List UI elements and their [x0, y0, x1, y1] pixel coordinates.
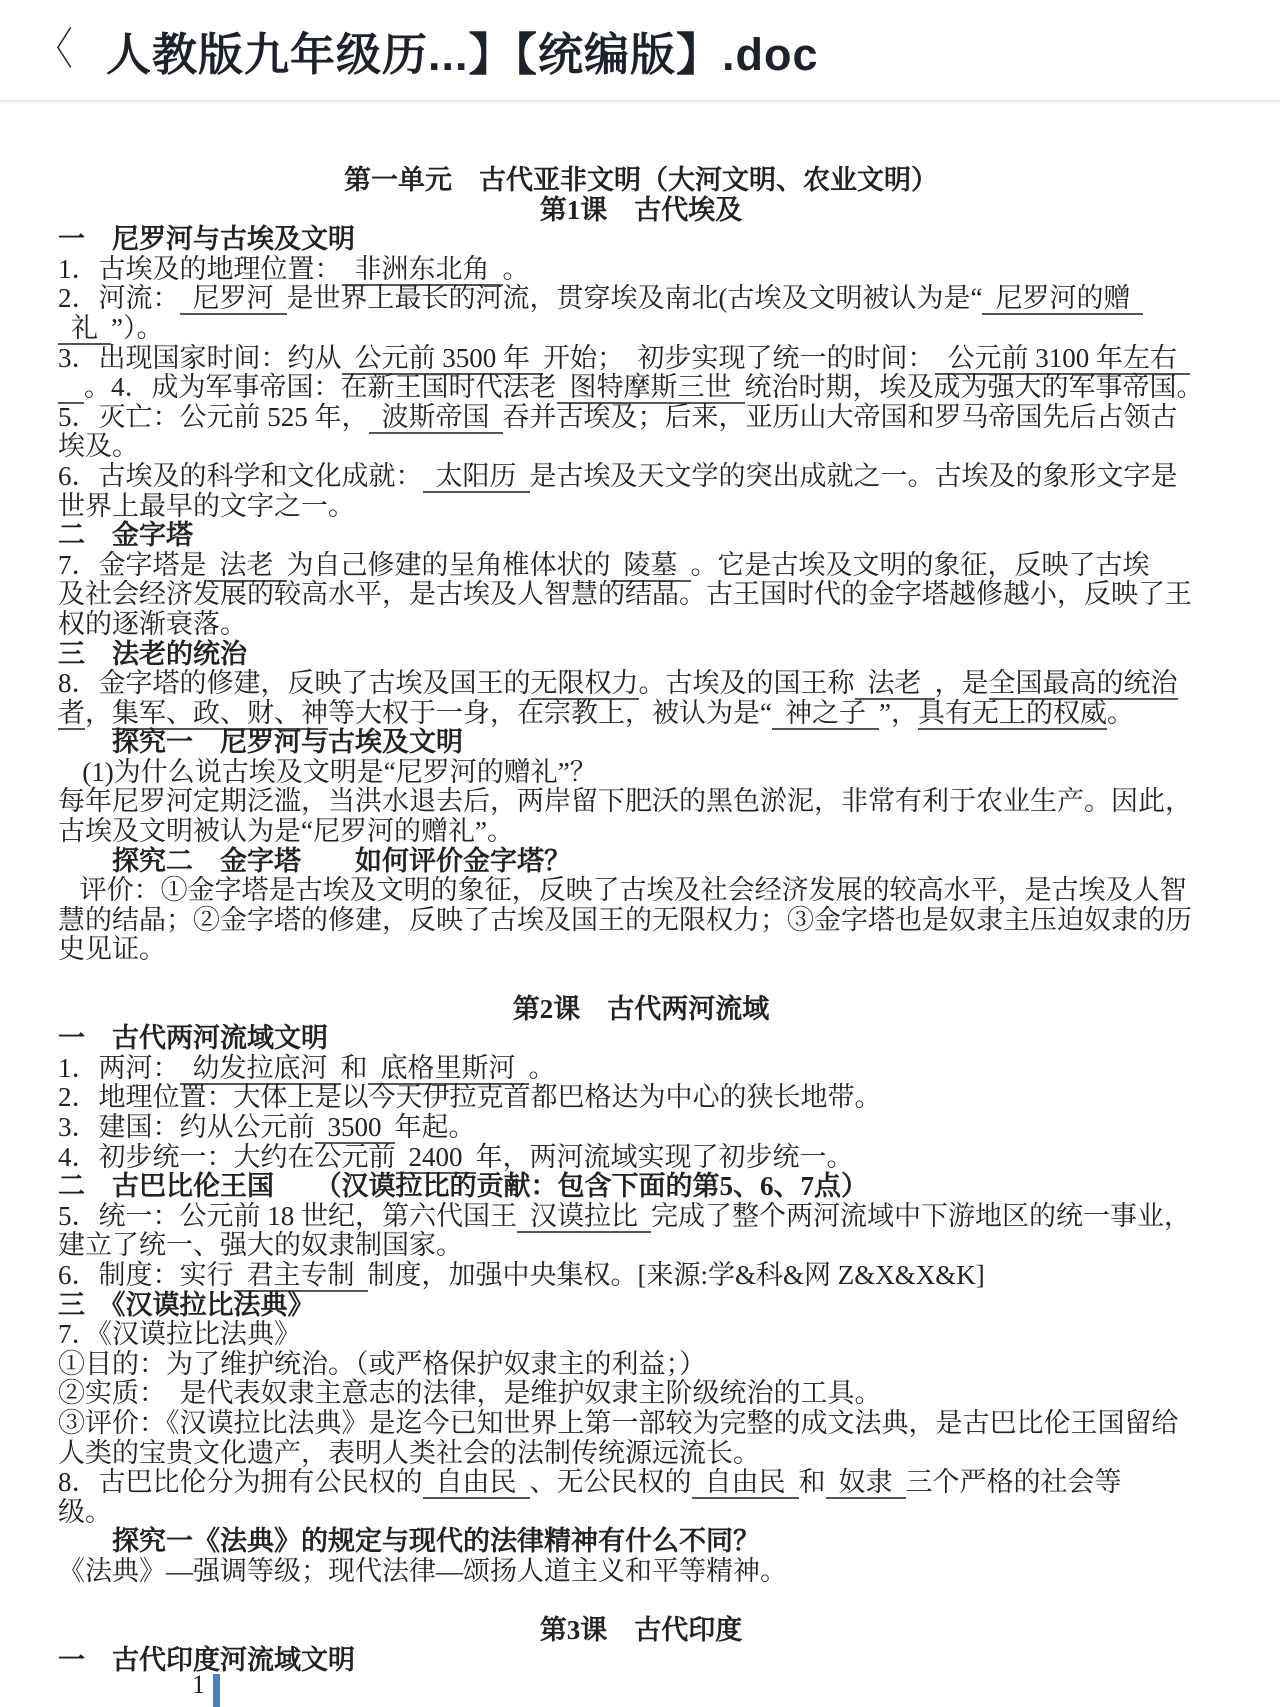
- doc-text: 级。: [58, 1497, 112, 1527]
- doc-text: 4．初步统一：大约在公元前: [58, 1142, 396, 1172]
- doc-text: 。: [529, 1053, 556, 1083]
- doc-text: 6．制度：实行: [58, 1260, 234, 1290]
- doc-text: 人类的宝贵文化遗产，表明人类社会的法制传统源远流长。: [58, 1438, 760, 1468]
- document-body: 第一单元 古代亚非文明（大河文明、农业文明）第1课 古代埃及一 尼罗河与古埃及文…: [0, 102, 1280, 1675]
- doc-text: ”）。: [111, 313, 163, 343]
- doc-line: 者，集军、政、财、神等大权于一身，在宗教上，被认为是“神之子”，具有无上的权威。: [58, 699, 1224, 729]
- doc-text: 。: [503, 254, 530, 284]
- doc-line: 一 尼罗河与古埃及文明: [58, 225, 1224, 255]
- doc-text: 2．地理位置：大体上是以今天伊拉克首都巴格达为中心的狭长地带。: [58, 1082, 882, 1112]
- doc-line: 及社会经济发展的较高水平，是古埃及人智慧的结晶。古王国时代的金字塔越修越小，反映…: [58, 580, 1224, 610]
- doc-text: 第2课 古代两河流域: [513, 994, 770, 1024]
- doc-text: 第3课 古代印度: [540, 1615, 743, 1645]
- fill-in-blank: 法老: [207, 550, 287, 582]
- doc-line: 建立了统一、强大的奴隶制国家。: [58, 1231, 1224, 1261]
- doc-line: 二 古巴比伦王国 （汉谟拉比的贡献：包含下面的第5、6、7点）: [58, 1172, 1224, 1202]
- doc-text: 探究一 尼罗河与古埃及文明: [112, 727, 463, 757]
- doc-text: 统治时期，埃及成为强大的军事帝国。: [745, 372, 1204, 402]
- doc-text: 等大权于一身，在宗教上，被认为是“: [328, 698, 772, 728]
- doc-text: 6．古埃及的科学和文化成就：: [58, 461, 423, 491]
- doc-line: 6．古埃及的科学和文化成就：太阳历是古埃及天文学的突出成就之一。古埃及的象形文字…: [58, 462, 1224, 492]
- blank-line: [58, 965, 1224, 995]
- doc-text: 5．统一：公元前 18 世纪，第六代国王: [58, 1201, 517, 1231]
- doc-text: 三 法老的统治: [58, 639, 247, 669]
- doc-text: 世界上最早的文字之一。: [58, 491, 355, 521]
- doc-line: 3．出现国家时间：约从公元前 3500 年开始； 初步实现了统一的时间：公元前 …: [58, 344, 1224, 374]
- doc-line: 。4．成为军事帝国：在新王国时代法老图特摩斯三世统治时期，埃及成为强大的军事帝国…: [58, 373, 1224, 403]
- fill-in-blank: 法老: [855, 668, 935, 700]
- doc-line: 1．古埃及的地理位置：非洲东北角。: [58, 255, 1224, 285]
- doc-text: 二 古巴比伦王国 （汉谟拉比的贡献：包含下面的第5、6、7点）: [58, 1171, 868, 1201]
- doc-line: 5．统一：公元前 18 世纪，第六代国王汉谟拉比完成了整个两河流域中下游地区的统…: [58, 1202, 1224, 1232]
- doc-line: 世界上最早的文字之一。: [58, 492, 1224, 522]
- doc-line: 探究一 尼罗河与古埃及文明: [58, 728, 1224, 758]
- page-number: 1: [192, 1670, 205, 1700]
- doc-line: 三 法老的统治: [58, 640, 1224, 670]
- fill-in-blank: 尼罗河的赠: [982, 283, 1143, 315]
- doc-line: 礼”）。: [58, 314, 1224, 344]
- doc-text: ”，: [879, 698, 918, 728]
- doc-heading: 第1课 古代埃及: [58, 196, 1224, 226]
- doc-line: ③评价：《汉谟拉比法典》是迄今已知世界上第一部较为完整的成文法典，是古巴比伦王国…: [58, 1409, 1224, 1439]
- doc-text: 为自己修建的呈角椎体状的: [287, 550, 611, 580]
- fill-in-blank: 非洲东北角: [342, 254, 503, 286]
- doc-text: 和: [799, 1467, 826, 1497]
- doc-text: 权的逐渐衰落。: [58, 609, 247, 639]
- doc-text: 评价：①金字塔是古埃及文明的象征，反映了古埃及社会经济发展的较高水平，是古埃及人…: [80, 875, 1187, 905]
- doc-line: 埃及。: [58, 432, 1224, 462]
- doc-text: 是世界上最长的河流，贯穿埃及南北(古埃及文明被认为是“: [287, 283, 983, 313]
- doc-line: 8．古巴比伦分为拥有公民权的自由民、无公民权的自由民和奴隶三个严格的社会等: [58, 1468, 1224, 1498]
- doc-line: 7．《汉谟拉比法典》: [58, 1320, 1224, 1350]
- fill-in-blank: 底格里斯河: [368, 1053, 529, 1085]
- back-chevron-icon[interactable]: 〈: [40, 28, 73, 72]
- doc-text: 年，两河流域实现了初步统一。: [476, 1142, 854, 1172]
- doc-text: 和: [341, 1053, 368, 1083]
- doc-line: 2．河流：尼罗河是世界上最长的河流，贯穿埃及南北(古埃及文明被认为是“尼罗河的赠: [58, 284, 1224, 314]
- doc-text: 。古埃及的国王称: [639, 668, 855, 698]
- fill-in-blank: 汉谟拉比: [517, 1201, 651, 1233]
- doc-text: 2．河流：: [58, 283, 180, 313]
- doc-text: 1．两河：: [58, 1053, 180, 1083]
- doc-text: 1．古埃及的地理位置：: [58, 254, 342, 284]
- doc-line: (1)为什么说古埃及文明是“尼罗河的赠礼”？: [58, 758, 1224, 788]
- fill-in-blank: 礼: [58, 313, 111, 345]
- fill-in-blank: 3500: [315, 1112, 395, 1144]
- doc-text: 三 《汉谟拉比法典》: [58, 1290, 315, 1320]
- text-cursor: [213, 1674, 220, 1707]
- doc-line: 3．建国：约从公元前3500年起。: [58, 1113, 1224, 1143]
- doc-text: 者: [58, 698, 85, 730]
- fill-in-blank: 陵墓: [611, 550, 691, 582]
- doc-heading: 第3课 古代印度: [58, 1616, 1224, 1646]
- doc-text: ①目的：为了维护统治。（或严格保护奴隶主的利益；）: [58, 1349, 706, 1379]
- doc-text: 二 金字塔: [58, 520, 193, 550]
- doc-text: 《法典》—强调等级；现代法律—颂扬人道主义和平等精神。: [58, 1556, 787, 1586]
- doc-text: 埃及。: [58, 431, 139, 461]
- blank-line: [58, 1587, 1224, 1617]
- doc-text: 制度，加强中央集权。[来源:学&科&网 Z&X&X&K]: [368, 1260, 985, 1290]
- doc-text: 。: [1107, 698, 1134, 728]
- fill-in-blank: 2400: [396, 1142, 476, 1174]
- doc-text: 7．《汉谟拉比法典》: [58, 1319, 301, 1349]
- doc-heading: 第一单元 古代亚非文明（大河文明、农业文明）: [58, 166, 1224, 196]
- doc-line: 4．初步统一：大约在公元前2400年，两河流域实现了初步统一。: [58, 1143, 1224, 1173]
- doc-text: 全国最高的统治: [989, 668, 1178, 700]
- doc-line: 二 金字塔: [58, 521, 1224, 551]
- doc-text: 无限权力: [531, 668, 639, 700]
- doc-text: ，: [85, 698, 112, 728]
- doc-text: 开始； 初步实现了统一的时间：: [543, 343, 935, 373]
- doc-text: (1)为什么说古埃及文明是“尼罗河的赠礼”？: [82, 757, 596, 787]
- doc-line: 人类的宝贵文化遗产，表明人类社会的法制传统源远流长。: [58, 1439, 1224, 1469]
- doc-text: 第一单元 古代亚非文明（大河文明、农业文明）: [344, 165, 938, 195]
- doc-line: 6．制度：实行君主专制制度，加强中央集权。[来源:学&科&网 Z&X&X&K]: [58, 1261, 1224, 1291]
- doc-text: 、无公民权的: [530, 1467, 692, 1497]
- doc-line: ①目的：为了维护统治。（或严格保护奴隶主的利益；）: [58, 1350, 1224, 1380]
- doc-text: 吞并古埃及；后来，亚历山大帝国和罗马帝国先后占领古: [503, 402, 1178, 432]
- doc-line: 史见证。: [58, 935, 1224, 965]
- fill-in-blank: 幼发拉底河: [180, 1053, 341, 1085]
- doc-text: 。它是古埃及文明的象征，反映了古埃: [691, 550, 1150, 580]
- doc-line: 级。: [58, 1498, 1224, 1528]
- doc-text: 7．金字塔是: [58, 550, 207, 580]
- doc-text: 5．灭亡：公元前 525 年，: [58, 402, 369, 432]
- doc-line: 8．金字塔的修建，反映了古埃及国王的无限权力。古埃及的国王称法老，是全国最高的统…: [58, 669, 1224, 699]
- doc-text: 第1课 古代埃及: [540, 195, 743, 225]
- fill-in-blank: 君主专制: [234, 1260, 368, 1292]
- doc-text: 探究二 金字塔 如何评价金字塔？: [112, 846, 571, 876]
- fill-in-blank: 图特摩斯三世: [557, 372, 745, 404]
- doc-line: 1．两河：幼发拉底河和底格里斯河。: [58, 1054, 1224, 1084]
- fill-in-blank: 神之子: [772, 698, 879, 730]
- doc-line: 每年尼罗河定期泛滥，当洪水退去后，两岸留下肥沃的黑色淤泥，非常有利于农业生产。因…: [58, 787, 1224, 817]
- fill-in-blank: 尼罗河: [180, 283, 287, 315]
- fill-in-blank: 自由民: [692, 1467, 799, 1499]
- doc-text: 一 古代印度河流域文明: [58, 1645, 355, 1675]
- doc-line: 5．灭亡：公元前 525 年，波斯帝国吞并古埃及；后来，亚历山大帝国和罗马帝国先…: [58, 403, 1224, 433]
- fill-in-blank: [58, 372, 84, 404]
- doc-line: 评价：①金字塔是古埃及文明的象征，反映了古埃及社会经济发展的较高水平，是古埃及人…: [58, 876, 1224, 906]
- doc-line: 一 古代两河流域文明: [58, 1024, 1224, 1054]
- doc-text: 具有无上的权威: [918, 698, 1107, 730]
- doc-text: 3．建国：约从公元前: [58, 1112, 315, 1142]
- doc-line: 慧的结晶；②金字塔的修建，反映了古埃及国王的无限权力；③金字塔也是奴隶主压迫奴隶…: [58, 906, 1224, 936]
- doc-text: 完成了整个两河流域中下游地区的统一事业，: [651, 1201, 1191, 1231]
- doc-text: 一 尼罗河与古埃及文明: [58, 224, 355, 254]
- doc-line: 7．金字塔是法老为自己修建的呈角椎体状的陵墓。它是古埃及文明的象征，反映了古埃: [58, 551, 1224, 581]
- doc-text: 三个严格的社会等: [906, 1467, 1122, 1497]
- doc-text: ，是: [935, 668, 989, 698]
- doc-text: 8．古巴比伦分为拥有公民权的: [58, 1467, 423, 1497]
- fill-in-blank: 自由民: [423, 1467, 530, 1499]
- doc-line: 探究二 金字塔 如何评价金字塔？: [58, 847, 1224, 877]
- doc-text: 每年尼罗河定期泛滥，当洪水退去后，两岸留下肥沃的黑色淤泥，非常有利于农业生产。因…: [58, 786, 1192, 816]
- doc-text: 。4．成为军事帝国：在新王国时代法老: [84, 372, 557, 402]
- doc-text: 一 古代两河流域文明: [58, 1023, 328, 1053]
- doc-text: 慧的结晶；②金字塔的修建，反映了古埃及国王的无限权力；③金字塔也是奴隶主压迫奴隶…: [58, 905, 1192, 935]
- doc-line: 古埃及文明被认为是“尼罗河的赠礼”。: [58, 817, 1224, 847]
- doc-text: 3．出现国家时间：约从: [58, 343, 342, 373]
- fill-in-blank: 公元前 3500 年: [342, 343, 544, 375]
- doc-text: 史见证。: [58, 934, 166, 964]
- doc-line: 2．地理位置：大体上是以今天伊拉克首都巴格达为中心的狭长地带。: [58, 1083, 1224, 1113]
- doc-line: 《法典》—强调等级；现代法律—颂扬人道主义和平等精神。: [58, 1557, 1224, 1587]
- titlebar: 〈 人教版九年级历...】【统编版】.doc: [0, 0, 1280, 102]
- doc-text: 及社会经济发展的较高水平，是古埃及人智慧的结晶。古王国时代的金字塔越修越小，反映…: [58, 579, 1192, 609]
- doc-text: 探究一《法典》的规定与现代的法律精神有什么不同？: [112, 1526, 760, 1556]
- doc-text: 是古埃及天文学的突出成就之一。古埃及的象形文字是: [530, 461, 1178, 491]
- doc-text: 古埃及文明被认为是“尼罗河的赠礼”。: [58, 816, 514, 846]
- doc-text: ②实质： 是代表奴隶主意志的法律，是维护奴隶主阶级统治的工具。: [58, 1378, 882, 1408]
- fill-in-blank: 奴隶: [826, 1467, 906, 1499]
- doc-line: 探究一《法典》的规定与现代的法律精神有什么不同？: [58, 1527, 1224, 1557]
- doc-text: 8．金字塔的修建，反映了古埃及国王的: [58, 668, 531, 698]
- doc-line: 一 古代印度河流域文明: [58, 1646, 1224, 1676]
- doc-text: 年起。: [395, 1112, 476, 1142]
- fill-in-blank: 公元前 3100 年左右: [935, 343, 1191, 375]
- doc-text: 建立了统一、强大的奴隶制国家。: [58, 1230, 463, 1260]
- doc-heading: 第2课 古代两河流域: [58, 995, 1224, 1025]
- doc-text: 集军、政、财、神: [112, 698, 328, 730]
- doc-line: 三 《汉谟拉比法典》: [58, 1291, 1224, 1321]
- doc-line: 权的逐渐衰落。: [58, 610, 1224, 640]
- fill-in-blank: 太阳历: [423, 461, 530, 493]
- doc-text: ③评价：《汉谟拉比法典》是迄今已知世界上第一部较为完整的成文法典，是古巴比伦王国…: [58, 1408, 1179, 1438]
- fill-in-blank: 波斯帝国: [369, 402, 503, 434]
- document-title: 人教版九年级历...】【统编版】.doc: [106, 18, 819, 83]
- doc-line: ②实质： 是代表奴隶主意志的法律，是维护奴隶主阶级统治的工具。: [58, 1379, 1224, 1409]
